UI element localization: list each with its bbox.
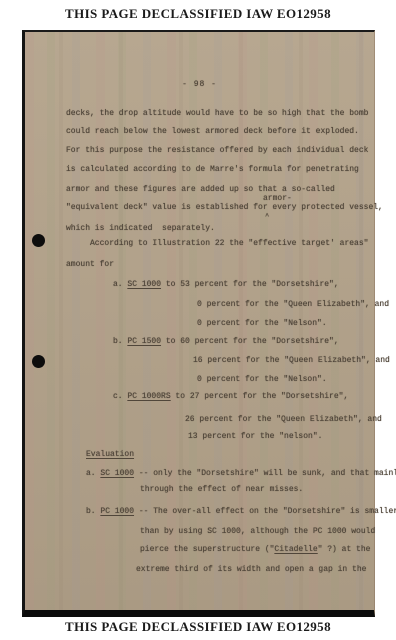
target-area-item-b: b. PC 1500 to 60 percent for the "Dorset… bbox=[113, 337, 339, 347]
item-label: a. bbox=[86, 469, 100, 478]
target-area-item-a-line3: 0 percent for the "Nelson". bbox=[197, 319, 327, 329]
target-area-item-c-line2: 26 percent for the "Queen Elizabeth", an… bbox=[185, 415, 382, 425]
item-label: b. bbox=[86, 507, 100, 516]
typed-line: could reach below the lowest armored dec… bbox=[66, 127, 359, 137]
text-segment: to 60 percent for the "Dorsetshire", bbox=[161, 337, 339, 346]
typed-line: According to Illustration 22 the "effect… bbox=[90, 239, 368, 249]
insertion-caret-mark: ^ bbox=[265, 212, 269, 222]
declassification-footer: THIS PAGE DECLASSIFIED IAW EO12958 bbox=[0, 619, 396, 635]
evaluation-item-b: b. PC 1000 -- The over-all effect on the… bbox=[86, 507, 396, 517]
item-label: b. bbox=[113, 337, 127, 346]
evaluation-item-a: a. SC 1000 -- only the "Dorsetshire" wil… bbox=[86, 469, 396, 479]
typed-line: which is indicated separately. bbox=[66, 224, 215, 234]
target-area-item-c: c. PC 1000RS to 27 percent for the "Dors… bbox=[113, 392, 348, 402]
text-segment: pierce the superstructure (" bbox=[140, 545, 274, 554]
text-segment: to 53 percent for the "Dorsetshire", bbox=[161, 280, 339, 289]
evaluation-item-b-line4: extreme third of its width and open a ga… bbox=[136, 565, 366, 575]
bomb-designation: SC 1000 bbox=[127, 280, 161, 289]
typed-line: decks, the drop altitude would have to b… bbox=[66, 109, 368, 119]
punch-hole-bottom bbox=[32, 355, 45, 368]
declassification-header: THIS PAGE DECLASSIFIED IAW EO12958 bbox=[0, 6, 396, 22]
item-label: a. bbox=[113, 280, 127, 289]
target-area-item-a: a. SC 1000 to 53 percent for the "Dorset… bbox=[113, 280, 339, 290]
target-area-item-b-line2: 16 percent for the "Queen Elizabeth", an… bbox=[193, 356, 390, 366]
typed-line: For this purpose the resistance offered … bbox=[66, 146, 368, 156]
target-area-item-b-line3: 0 percent for the "Nelson". bbox=[197, 375, 327, 385]
bomb-designation: PC 1500 bbox=[127, 337, 161, 346]
scanned-document-page: - 98 - decks, the drop altitude would ha… bbox=[22, 30, 375, 617]
typed-line: amount for bbox=[66, 260, 114, 270]
target-area-item-c-line3: 13 percent for the "nelson". bbox=[188, 432, 322, 442]
punch-hole-top bbox=[32, 234, 45, 247]
text-segment: to 27 percent for the "Dorsetshire", bbox=[171, 392, 349, 401]
text-segment: " ?) at the bbox=[318, 545, 371, 554]
text-segment: -- only the "Dorsetshire" will be sunk, … bbox=[134, 469, 396, 478]
citadelle-term: Citadelle bbox=[274, 545, 317, 554]
bomb-designation: PC 1000 bbox=[100, 507, 134, 516]
target-area-item-a-line2: 0 percent for the "Queen Elizabeth", and bbox=[197, 300, 389, 310]
page-number: - 98 - bbox=[25, 80, 374, 90]
evaluation-item-b-line3: pierce the superstructure ("Citadelle" ?… bbox=[140, 545, 370, 555]
typed-line: is calculated according to de Marre's fo… bbox=[66, 165, 359, 175]
typed-line: armor and these figures are added up so … bbox=[66, 185, 335, 195]
evaluation-heading: Evaluation bbox=[86, 450, 134, 460]
bomb-designation: SC 1000 bbox=[100, 469, 134, 478]
evaluation-item-a-line2: through the effect of near misses. bbox=[140, 485, 303, 495]
typed-line: "equivalent deck" value is established f… bbox=[66, 203, 383, 213]
evaluation-item-b-line2: than by using SC 1000, although the PC 1… bbox=[140, 527, 375, 537]
text-segment: -- The over-all effect on the "Dorsetshi… bbox=[134, 507, 396, 516]
item-label: c. bbox=[113, 392, 127, 401]
bomb-designation: PC 1000RS bbox=[127, 392, 170, 401]
